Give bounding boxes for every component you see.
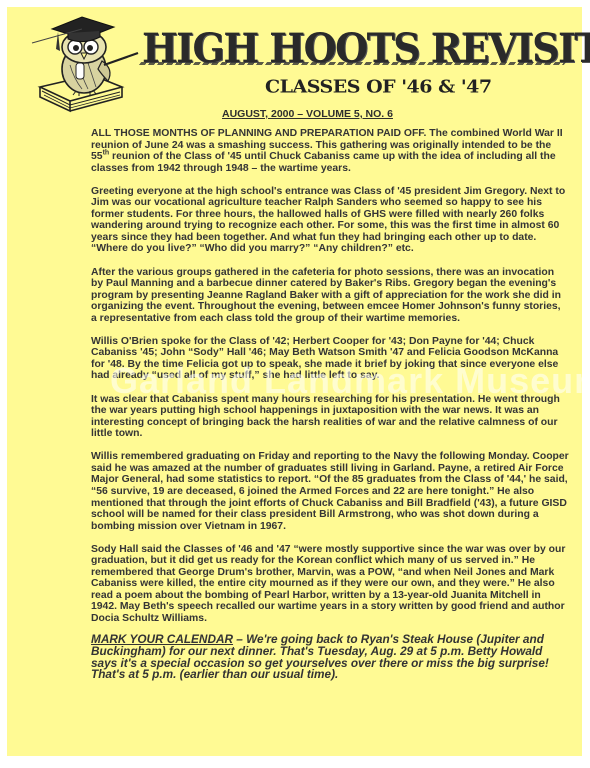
- newsletter-title: HIGH HOOTS REVISITED: [140, 24, 570, 70]
- paragraph-1: ALL THOSE MONTHS OF PLANNING AND PREPARA…: [91, 128, 569, 174]
- paragraph-7: Sody Hall said the Classes of '46 and '4…: [91, 544, 569, 625]
- paragraph-6: Willis remembered graduating on Friday a…: [91, 451, 569, 532]
- paragraph-5: It was clear that Cabaniss spent many ho…: [91, 394, 569, 440]
- issue-dateline: AUGUST, 2000 – VOLUME 5, NO. 6: [222, 108, 393, 120]
- calendar-notice: MARK YOUR CALENDAR – We're going back to…: [91, 634, 569, 681]
- owl-graduate-logo-icon: [22, 9, 140, 121]
- paragraph-2: Greeting everyone at the high school's e…: [91, 186, 569, 255]
- paragraph-1-lead: ALL THOSE MONTHS OF PLANNING AND PREPARA…: [91, 128, 426, 139]
- newsletter-subtitle: CLASSES OF '46 & '47: [265, 77, 492, 98]
- article-body: ALL THOSE MONTHS OF PLANNING AND PREPARA…: [91, 128, 569, 636]
- paragraph-4: Willis O'Brien spoke for the Class of '4…: [91, 336, 569, 382]
- paragraph-3: After the various groups gathered in the…: [91, 267, 569, 325]
- title-shadow-decoration: [139, 62, 567, 65]
